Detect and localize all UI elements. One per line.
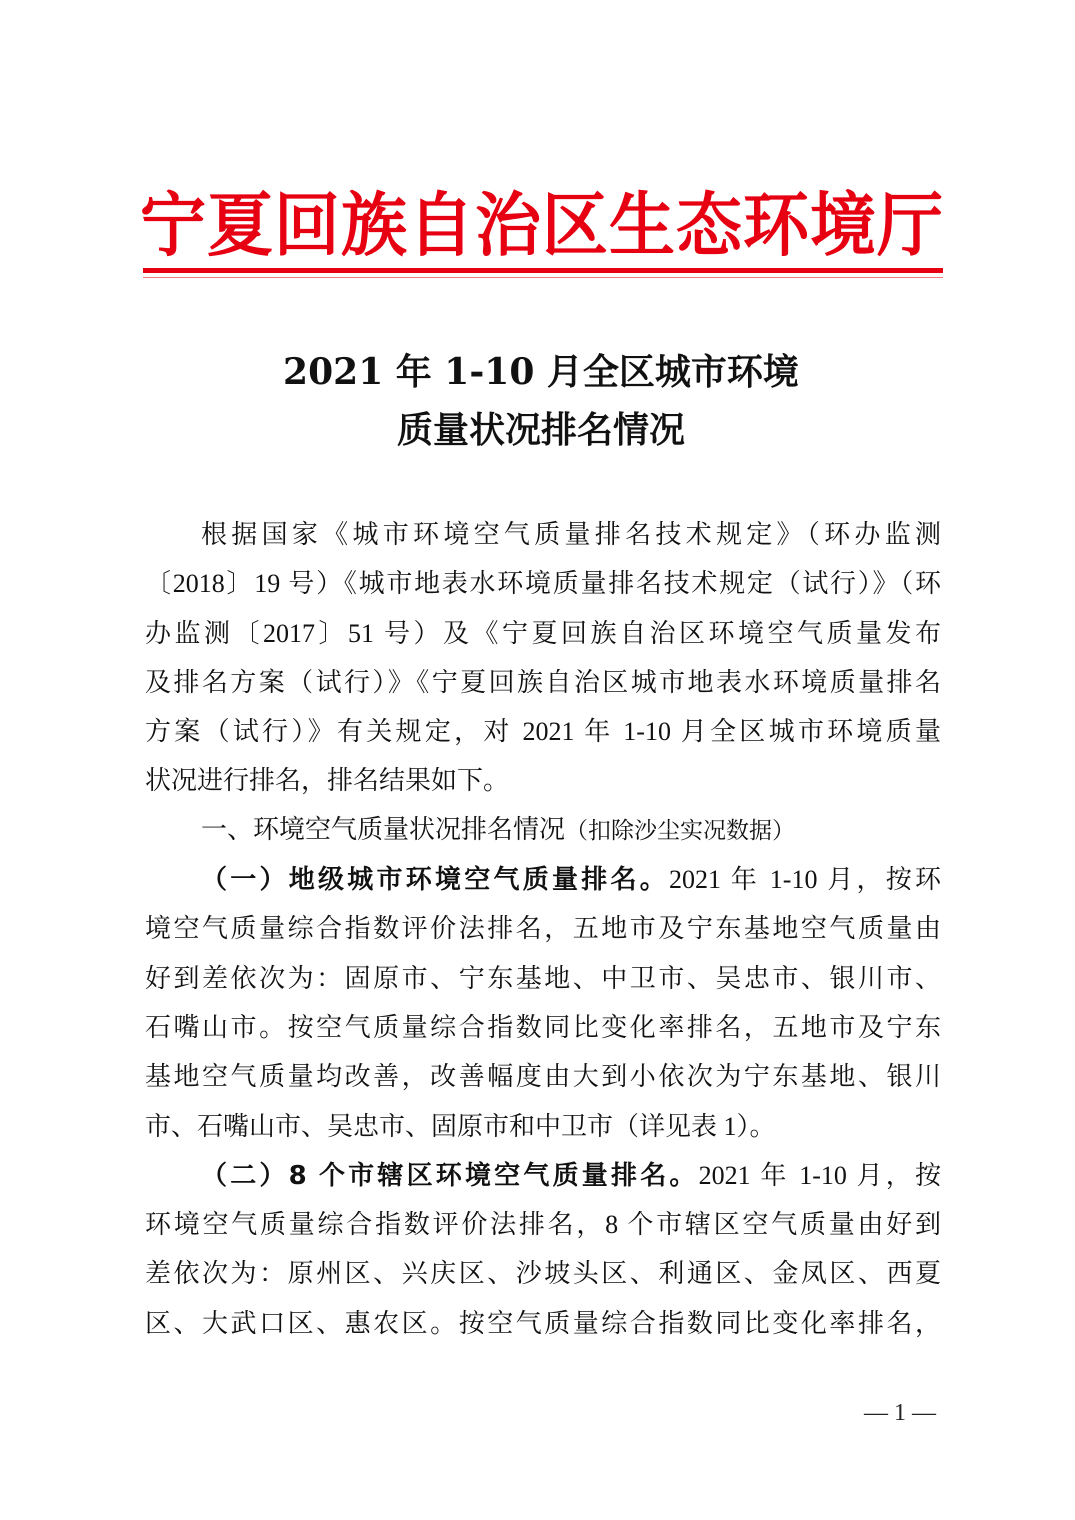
subsection-1-text: 2021 年 1-10 月，按环 bbox=[669, 865, 941, 894]
page-number: — 1 — bbox=[850, 1400, 950, 1427]
subsection-2-line: 环境空气质量综合指数评价法排名，8 个市辖区空气质量由好到 bbox=[145, 1200, 941, 1249]
masthead-title: 宁夏回族自治区生态环境厅 bbox=[140, 184, 942, 268]
document-title-line-1: 2021 年 1-10 月全区城市环境 bbox=[140, 352, 942, 392]
intro-line: 状况进行排名，排名结果如下。 bbox=[145, 756, 941, 805]
subsection-1-line: 石嘴山市。按空气质量综合指数同比变化率排名，五地市及宁东 bbox=[145, 1003, 941, 1052]
section-heading-note: （扣除沙尘实况数据） bbox=[565, 818, 795, 844]
intro-line: 方案（试行）》有关规定，对 2021 年 1-10 月全区城市环境质量 bbox=[145, 707, 941, 756]
subsection-2-heading: （二）8 个市辖区环境空气质量排名。 bbox=[201, 1161, 699, 1191]
intro-line: 办监测〔2017〕51 号）及《宁夏回族自治区环境空气质量发布 bbox=[145, 609, 941, 658]
document-page: 宁夏回族自治区生态环境厅 2021 年 1-10 月全区城市环境 质量状况排名情… bbox=[0, 0, 1075, 1520]
masthead-divider-thick bbox=[143, 268, 943, 273]
subsection-1-line: 基地空气质量均改善，改善幅度由大到小依次为宁东基地、银川 bbox=[145, 1052, 941, 1101]
document-title-line-2: 质量状况排名情况 bbox=[140, 410, 942, 450]
subsection-2-line: 区、大武口区、惠农区。按空气质量综合指数同比变化率排名， bbox=[145, 1299, 941, 1348]
section-heading-text: 一、环境空气质量状况排名情况 bbox=[201, 815, 565, 845]
subsection-2-line: 差依次为：原州区、兴庆区、沙坡头区、利通区、金凤区、西夏 bbox=[145, 1249, 941, 1298]
intro-line: 根据国家《城市环境空气质量排名技术规定》（环办监测 bbox=[145, 510, 941, 559]
subsection-2-text: 2021 年 1-10 月，按 bbox=[699, 1161, 941, 1190]
subsection-1-line: 市、石嘴山市、吴忠市、固原市和中卫市（详见表 1）。 bbox=[145, 1102, 941, 1151]
masthead-divider-thin bbox=[143, 277, 943, 278]
subsection-1-line: 境空气质量综合指数评价法排名，五地市及宁东基地空气质量由 bbox=[145, 904, 941, 953]
subsection-1-heading: （一）地级城市环境空气质量排名。 bbox=[201, 865, 669, 895]
intro-line: 及排名方案（试行）》《宁夏回族自治区城市地表水环境质量排名 bbox=[145, 658, 941, 707]
subsection-1-line: 好到差依次为：固原市、宁东基地、中卫市、吴忠市、银川市、 bbox=[145, 954, 941, 1003]
document-body: 根据国家《城市环境空气质量排名技术规定》（环办监测 〔2018〕19 号）《城市… bbox=[145, 510, 941, 1348]
subsection-1-first-line: （一）地级城市环境空气质量排名。2021 年 1-10 月，按环 bbox=[145, 855, 941, 904]
section-heading: 一、环境空气质量状况排名情况（扣除沙尘实况数据） bbox=[145, 806, 941, 855]
intro-line: 〔2018〕19 号）《城市地表水环境质量排名技术规定（试行）》（环 bbox=[145, 559, 941, 608]
subsection-2-first-line: （二）8 个市辖区环境空气质量排名。2021 年 1-10 月，按 bbox=[145, 1151, 941, 1200]
